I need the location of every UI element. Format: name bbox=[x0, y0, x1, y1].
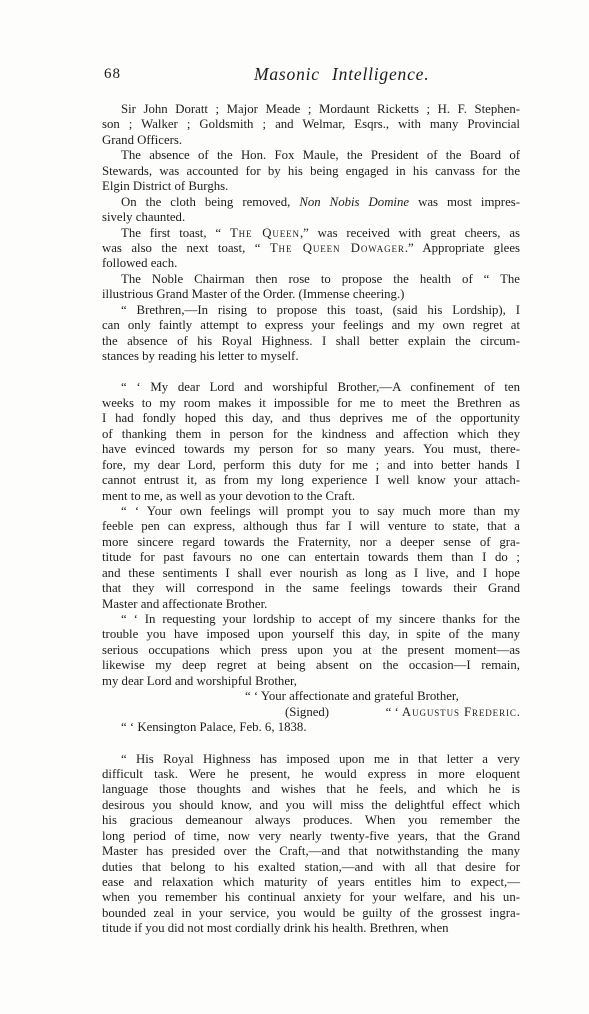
text-line: Master and affectionate Brother. bbox=[102, 597, 520, 612]
text-segment: stances by reading his letter to myself. bbox=[102, 349, 299, 363]
text-segment: “ Brethren,—In rising to propose this to… bbox=[121, 303, 520, 317]
text-segment: the absence of his Royal Highness. I sha… bbox=[102, 334, 520, 348]
text-segment: “ ‘ Kensington Palace, Feb. 6, 1838. bbox=[121, 720, 307, 734]
text-segment: (Signed) bbox=[285, 705, 329, 719]
text-line: “ ‘ Your affectionate and grateful Broth… bbox=[245, 689, 520, 704]
paragraph: “ ‘ Your own feelings will prompt you to… bbox=[102, 504, 520, 612]
text-segment: Grand Officers. bbox=[102, 133, 182, 147]
text-segment: cannot entrust it, as from my long exper… bbox=[102, 473, 520, 487]
text-segment: illustrious Grand Master of the Order. (… bbox=[102, 287, 404, 301]
paragraph-gap bbox=[102, 736, 520, 752]
text-line: can only faintly attempt to express your… bbox=[102, 318, 520, 333]
paragraph: “ ‘ In requesting your lordship to accep… bbox=[102, 612, 520, 689]
text-segment: On the cloth being removed, bbox=[121, 195, 299, 209]
text-line: and these sentiments I shall ever nouris… bbox=[102, 566, 520, 581]
text-line: trouble you have imposed upon yourself t… bbox=[102, 627, 520, 642]
text-segment: difficult task. Were he present, he woul… bbox=[102, 767, 520, 781]
text-line: “ ‘ In requesting your lordship to accep… bbox=[102, 612, 520, 627]
text-segment: . bbox=[517, 705, 520, 719]
text-segment: sively chaunted. bbox=[102, 210, 185, 224]
text-line: language those thoughts and wishes that … bbox=[102, 782, 520, 797]
text-segment: his gracious demeanour always produces. … bbox=[102, 813, 520, 827]
text-line: “ His Royal Highness has imposed upon me… bbox=[102, 752, 520, 767]
text-line: likewise my deep regret at being absent … bbox=[102, 658, 520, 673]
text-line: that they will correspond in the same fe… bbox=[102, 581, 520, 596]
text-line: have evinced towards my person for so ma… bbox=[102, 442, 520, 457]
text-segment: “ ‘ Your affectionate and grateful Broth… bbox=[245, 689, 459, 703]
text-line: more sincere regard towards the Fraterni… bbox=[102, 535, 520, 550]
text-line: bounded zeal in your service, you would … bbox=[102, 906, 520, 921]
text-segment: Elgin District of Burghs. bbox=[102, 179, 228, 193]
text-segment: .” Appropriate glees bbox=[405, 241, 520, 255]
text-line: The first toast, “ The Queen,” was recei… bbox=[102, 226, 520, 241]
text-line: stances by reading his letter to myself. bbox=[102, 349, 520, 364]
text-line: Elgin District of Burghs. bbox=[102, 179, 520, 194]
text-segment: have evinced towards my person for so ma… bbox=[102, 442, 520, 456]
text-line: titude for past favours no one can enter… bbox=[102, 550, 520, 565]
line-group: (Signed) bbox=[285, 705, 329, 720]
text-line: duties that belong to his exalted statio… bbox=[102, 860, 520, 875]
text-segment: Sir John Doratt ; Major Meade ; Mordaunt… bbox=[121, 102, 520, 116]
text-segment: ,” was received with great cheers, as bbox=[300, 226, 520, 240]
text-line: ease and relaxation which maturity of ye… bbox=[102, 875, 520, 890]
text-segment: more sincere regard towards the Fraterni… bbox=[102, 535, 520, 549]
text-segment: “ ‘ In requesting your lordship to accep… bbox=[121, 612, 520, 626]
paragraph: Sir John Doratt ; Major Meade ; Mordaunt… bbox=[102, 102, 520, 148]
text-line: of thanking them in person for the kindn… bbox=[102, 427, 520, 442]
text-segment: likewise my deep regret at being absent … bbox=[102, 658, 520, 672]
text-segment: titude if you did not most cordially dri… bbox=[102, 921, 449, 935]
text-segment: that they will correspond in the same fe… bbox=[102, 581, 520, 595]
paragraph: “ Brethren,—In rising to propose this to… bbox=[102, 303, 520, 365]
text-segment: Master has presided over the Craft,—and … bbox=[102, 844, 520, 858]
paragraph: “ His Royal Highness has imposed upon me… bbox=[102, 752, 520, 937]
paragraph: “ ‘ My dear Lord and worshipful Brother,… bbox=[102, 380, 520, 504]
text-line: was also the next toast, “ The Queen Dow… bbox=[102, 241, 520, 256]
text-segment: fore, my dear Lord, perform this duty fo… bbox=[102, 458, 520, 472]
text-segment: bounded zeal in your service, you would … bbox=[102, 906, 520, 920]
text-segment: my dear Lord and worshipful Brother, bbox=[102, 674, 297, 688]
text-line: Grand Officers. bbox=[102, 133, 520, 148]
text-line: Stewards, was accounted for by his being… bbox=[102, 164, 520, 179]
text-segment: “ ‘ Your own feelings will prompt you to… bbox=[121, 504, 520, 518]
text-segment: was also the next toast, “ bbox=[102, 241, 270, 255]
text-line: “ Brethren,—In rising to propose this to… bbox=[102, 303, 520, 318]
text-line: when you remember his continual anxiety … bbox=[102, 890, 520, 905]
text-segment: when you remember his continual anxiety … bbox=[102, 890, 520, 904]
page-header: 68 Masonic Intelligence. bbox=[102, 64, 520, 102]
text-line: titude if you did not most cordially dri… bbox=[102, 921, 520, 936]
italic-text: Non Nobis Domine bbox=[299, 195, 409, 209]
text-segment: duties that belong to his exalted statio… bbox=[102, 860, 520, 874]
text-segment: The first toast, “ bbox=[121, 226, 230, 240]
paragraph: The absence of the Hon. Fox Maule, the P… bbox=[102, 148, 520, 194]
text-segment: trouble you have imposed upon yourself t… bbox=[102, 627, 520, 641]
text-line: The Noble Chairman then rose to propose … bbox=[102, 272, 520, 287]
paragraph-gap bbox=[102, 364, 520, 380]
text-segment: feeble pen can express, although thus fa… bbox=[102, 519, 520, 533]
text-segment: long period of time, now very nearly twe… bbox=[102, 829, 520, 843]
text-segment: followed each. bbox=[102, 256, 177, 270]
text-segment: son ; Walker ; Goldsmith ; and Welmar, E… bbox=[102, 117, 520, 131]
paragraph: “ ‘ Your affectionate and grateful Broth… bbox=[102, 689, 520, 735]
smallcaps-text: Augustus Frederic bbox=[402, 705, 517, 719]
text-segment: Stewards, was accounted for by his being… bbox=[102, 164, 520, 178]
text-segment: ease and relaxation which maturity of ye… bbox=[102, 875, 520, 889]
text-segment: Master and affectionate Brother. bbox=[102, 597, 267, 611]
text-segment: of thanking them in person for the kindn… bbox=[102, 427, 520, 441]
text-segment: was most impres- bbox=[409, 195, 520, 209]
text-line: ment to me, as well as your devotion to … bbox=[102, 489, 520, 504]
text-segment: “ ‘ My dear Lord and worshipful Brother,… bbox=[121, 380, 520, 394]
text-line: fore, my dear Lord, perform this duty fo… bbox=[102, 458, 520, 473]
text-segment: weeks to my room makes it impossible for… bbox=[102, 396, 520, 410]
text-line: (Signed)“ ‘ Augustus Frederic. bbox=[285, 705, 520, 720]
text-segment: “ ‘ bbox=[386, 705, 402, 719]
text-line: sively chaunted. bbox=[102, 210, 520, 225]
text-line: desirous you should know, and you will m… bbox=[102, 798, 520, 813]
text-line: “ ‘ Your own feelings will prompt you to… bbox=[102, 504, 520, 519]
document-page: 68 Masonic Intelligence. Sir John Doratt… bbox=[0, 0, 589, 1014]
text-line: weeks to my room makes it impossible for… bbox=[102, 396, 520, 411]
line-group: “ ‘ Augustus Frederic. bbox=[386, 705, 520, 720]
paragraph: The Noble Chairman then rose to propose … bbox=[102, 272, 520, 303]
text-segment: ment to me, as well as your devotion to … bbox=[102, 489, 355, 503]
text-line: “ ‘ My dear Lord and worshipful Brother,… bbox=[102, 380, 520, 395]
text-line: On the cloth being removed, Non Nobis Do… bbox=[102, 195, 520, 210]
text-segment: language those thoughts and wishes that … bbox=[102, 782, 520, 796]
text-segment: The absence of the Hon. Fox Maule, the P… bbox=[121, 148, 520, 162]
page-body: Sir John Doratt ; Major Meade ; Mordaunt… bbox=[102, 102, 520, 937]
text-line: the absence of his Royal Highness. I sha… bbox=[102, 334, 520, 349]
paragraph: The first toast, “ The Queen,” was recei… bbox=[102, 226, 520, 272]
smallcaps-text: The Queen Dowager bbox=[270, 241, 405, 255]
text-line: followed each. bbox=[102, 256, 520, 271]
text-line: long period of time, now very nearly twe… bbox=[102, 829, 520, 844]
text-segment: desirous you should know, and you will m… bbox=[102, 798, 520, 812]
text-line: my dear Lord and worshipful Brother, bbox=[102, 674, 520, 689]
text-line: difficult task. Were he present, he woul… bbox=[102, 767, 520, 782]
text-line: his gracious demeanour always produces. … bbox=[102, 813, 520, 828]
page-title: Masonic Intelligence. bbox=[254, 64, 429, 85]
text-line: The absence of the Hon. Fox Maule, the P… bbox=[102, 148, 520, 163]
text-segment: can only faintly attempt to express your… bbox=[102, 318, 520, 332]
page-number: 68 bbox=[104, 66, 121, 83]
text-segment: “ His Royal Highness has imposed upon me… bbox=[121, 752, 520, 766]
text-line: serious occupations which press upon you… bbox=[102, 643, 520, 658]
text-line: I had fondly hoped this day, and thus de… bbox=[102, 411, 520, 426]
text-segment: titude for past favours no one can enter… bbox=[102, 550, 520, 564]
text-segment: I had fondly hoped this day, and thus de… bbox=[102, 411, 520, 425]
text-segment: The Noble Chairman then rose to propose … bbox=[121, 272, 520, 286]
text-line: Master has presided over the Craft,—and … bbox=[102, 844, 520, 859]
text-line: Sir John Doratt ; Major Meade ; Mordaunt… bbox=[102, 102, 520, 117]
text-line: illustrious Grand Master of the Order. (… bbox=[102, 287, 520, 302]
smallcaps-text: The Queen bbox=[230, 226, 300, 240]
text-segment: serious occupations which press upon you… bbox=[102, 643, 520, 657]
text-line: cannot entrust it, as from my long exper… bbox=[102, 473, 520, 488]
paragraph: On the cloth being removed, Non Nobis Do… bbox=[102, 195, 520, 226]
text-line: son ; Walker ; Goldsmith ; and Welmar, E… bbox=[102, 117, 520, 132]
text-line: feeble pen can express, although thus fa… bbox=[102, 519, 520, 534]
text-segment: and these sentiments I shall ever nouris… bbox=[102, 566, 520, 580]
text-line: “ ‘ Kensington Palace, Feb. 6, 1838. bbox=[102, 720, 520, 735]
